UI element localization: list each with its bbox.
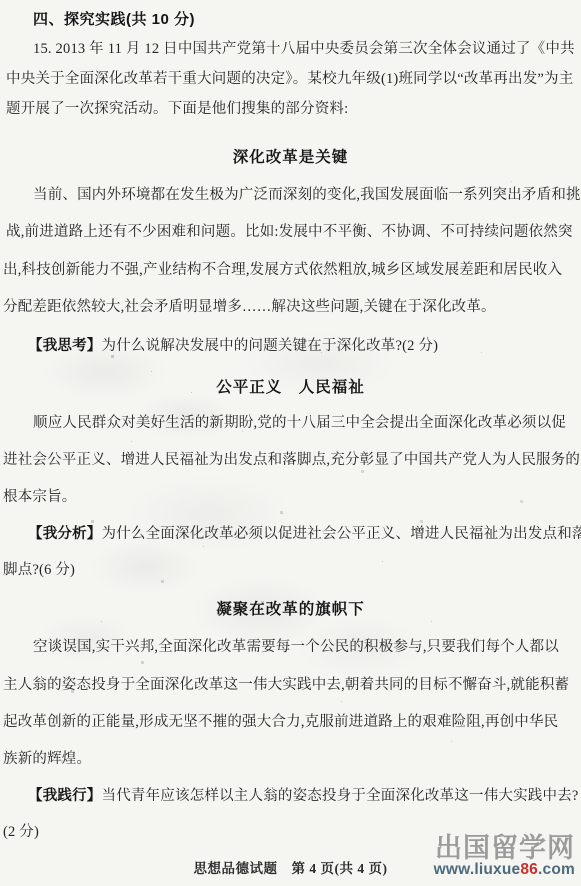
watermark-site-name: 出国留学网 [434, 834, 575, 862]
section-title: 凝聚在改革的旗帜下 [0, 599, 581, 620]
body-line: 空谈误国,实干兴邦,全面深化改革需要每一个公民的积极参与,只要我们每个人都以 [33, 637, 559, 658]
exam-page: 四、探究实践(共 10 分) 15. 2013 年 11 月 12 日中国共产党… [0, 0, 581, 886]
body-line: 出,科技创新能力不强,产业结构不合理,发展方式依然粗放,城乡区域发展差距和居民收… [3, 260, 562, 281]
question-line: 脚点?(6 分) [3, 560, 75, 581]
scan-speckles [0, 0, 1, 1]
part-heading: 四、探究实践(共 10 分) [33, 9, 195, 30]
question-text: 为什么全面深化改革必须以促进社会公平正义、增进人民福祉为出发点和落 [102, 526, 581, 542]
question-label: 【我思考】 [28, 338, 102, 354]
body-line: 族新的辉煌。 [3, 749, 91, 770]
body-line: 顺应人民群众对美好生活的新期盼,党的十八届三中全会提出全面深化改革必须以促 [33, 413, 566, 434]
body-line: 根本宗旨。 [3, 487, 77, 508]
intro-line: 题开展了一次探究活动。下面是他们搜集的部分资料: [6, 99, 348, 120]
watermark-url-highlight: 86 [520, 861, 538, 878]
question-line: 【我思考】为什么说解决发展中的问题关键在于深化改革?(2 分) [28, 336, 438, 357]
watermark-url-prefix: www.liuxue [434, 861, 521, 878]
section-title: 深化改革是关键 [0, 147, 581, 168]
question-label: 【我践行】 [28, 788, 102, 804]
body-line: 战,前进道路上还有不少困难和问题。比如:发展中不平衡、不协调、不可持续问题依然突 [6, 222, 573, 243]
intro-line: 15. 2013 年 11 月 12 日中国共产党第十八届中央委员会第三次全体会… [33, 39, 575, 60]
watermark-url-suffix: .com [538, 861, 575, 878]
body-line: 起改革创新的正能量,形成无坚不摧的强大合力,克服前进道路上的艰难险阻,再创中华民 [3, 712, 558, 733]
body-line: 主人翁的姿态投身于全面深化改革这一伟大实践中去,朝着共同的目标不懈奋斗,就能积蓄 [3, 675, 569, 696]
body-line: 分配差距依然较大,社会矛盾明显增多……解决这些问题,关键在于深化改革。 [3, 297, 496, 318]
section-title: 公平正义 人民福祉 [0, 377, 581, 398]
question-label: 【我分析】 [28, 526, 102, 542]
body-line: 进社会公平正义、增进人民福祉为出发点和落脚点,充分彰显了中国共产党人为人民服务的 [3, 450, 580, 471]
watermark-url: www.liuxue86.com [434, 862, 575, 878]
question-line: 【我分析】为什么全面深化改革必须以促进社会公平正义、增进人民福祉为出发点和落 [28, 524, 581, 545]
question-line: (2 分) [3, 822, 39, 843]
watermark: 出国留学网 www.liuxue86.com [434, 834, 575, 879]
question-text: 当代青年应该怎样以主人翁的姿态投身于全面深化改革这一伟大实践中去? [102, 788, 579, 804]
intro-line: 中央关于全面深化改革若干重大问题的决定》。某校九年级(1)班同学以“改革再出发”… [6, 69, 573, 90]
body-line: 当前、国内外环境都在发生极为广泛而深刻的变化,我国发展面临一系列突出矛盾和挑 [33, 185, 581, 206]
question-text: 为什么说解决发展中的问题关键在于深化改革?(2 分) [102, 338, 439, 354]
question-line: 【我践行】当代青年应该怎样以主人翁的姿态投身于全面深化改革这一伟大实践中去? [28, 786, 579, 807]
